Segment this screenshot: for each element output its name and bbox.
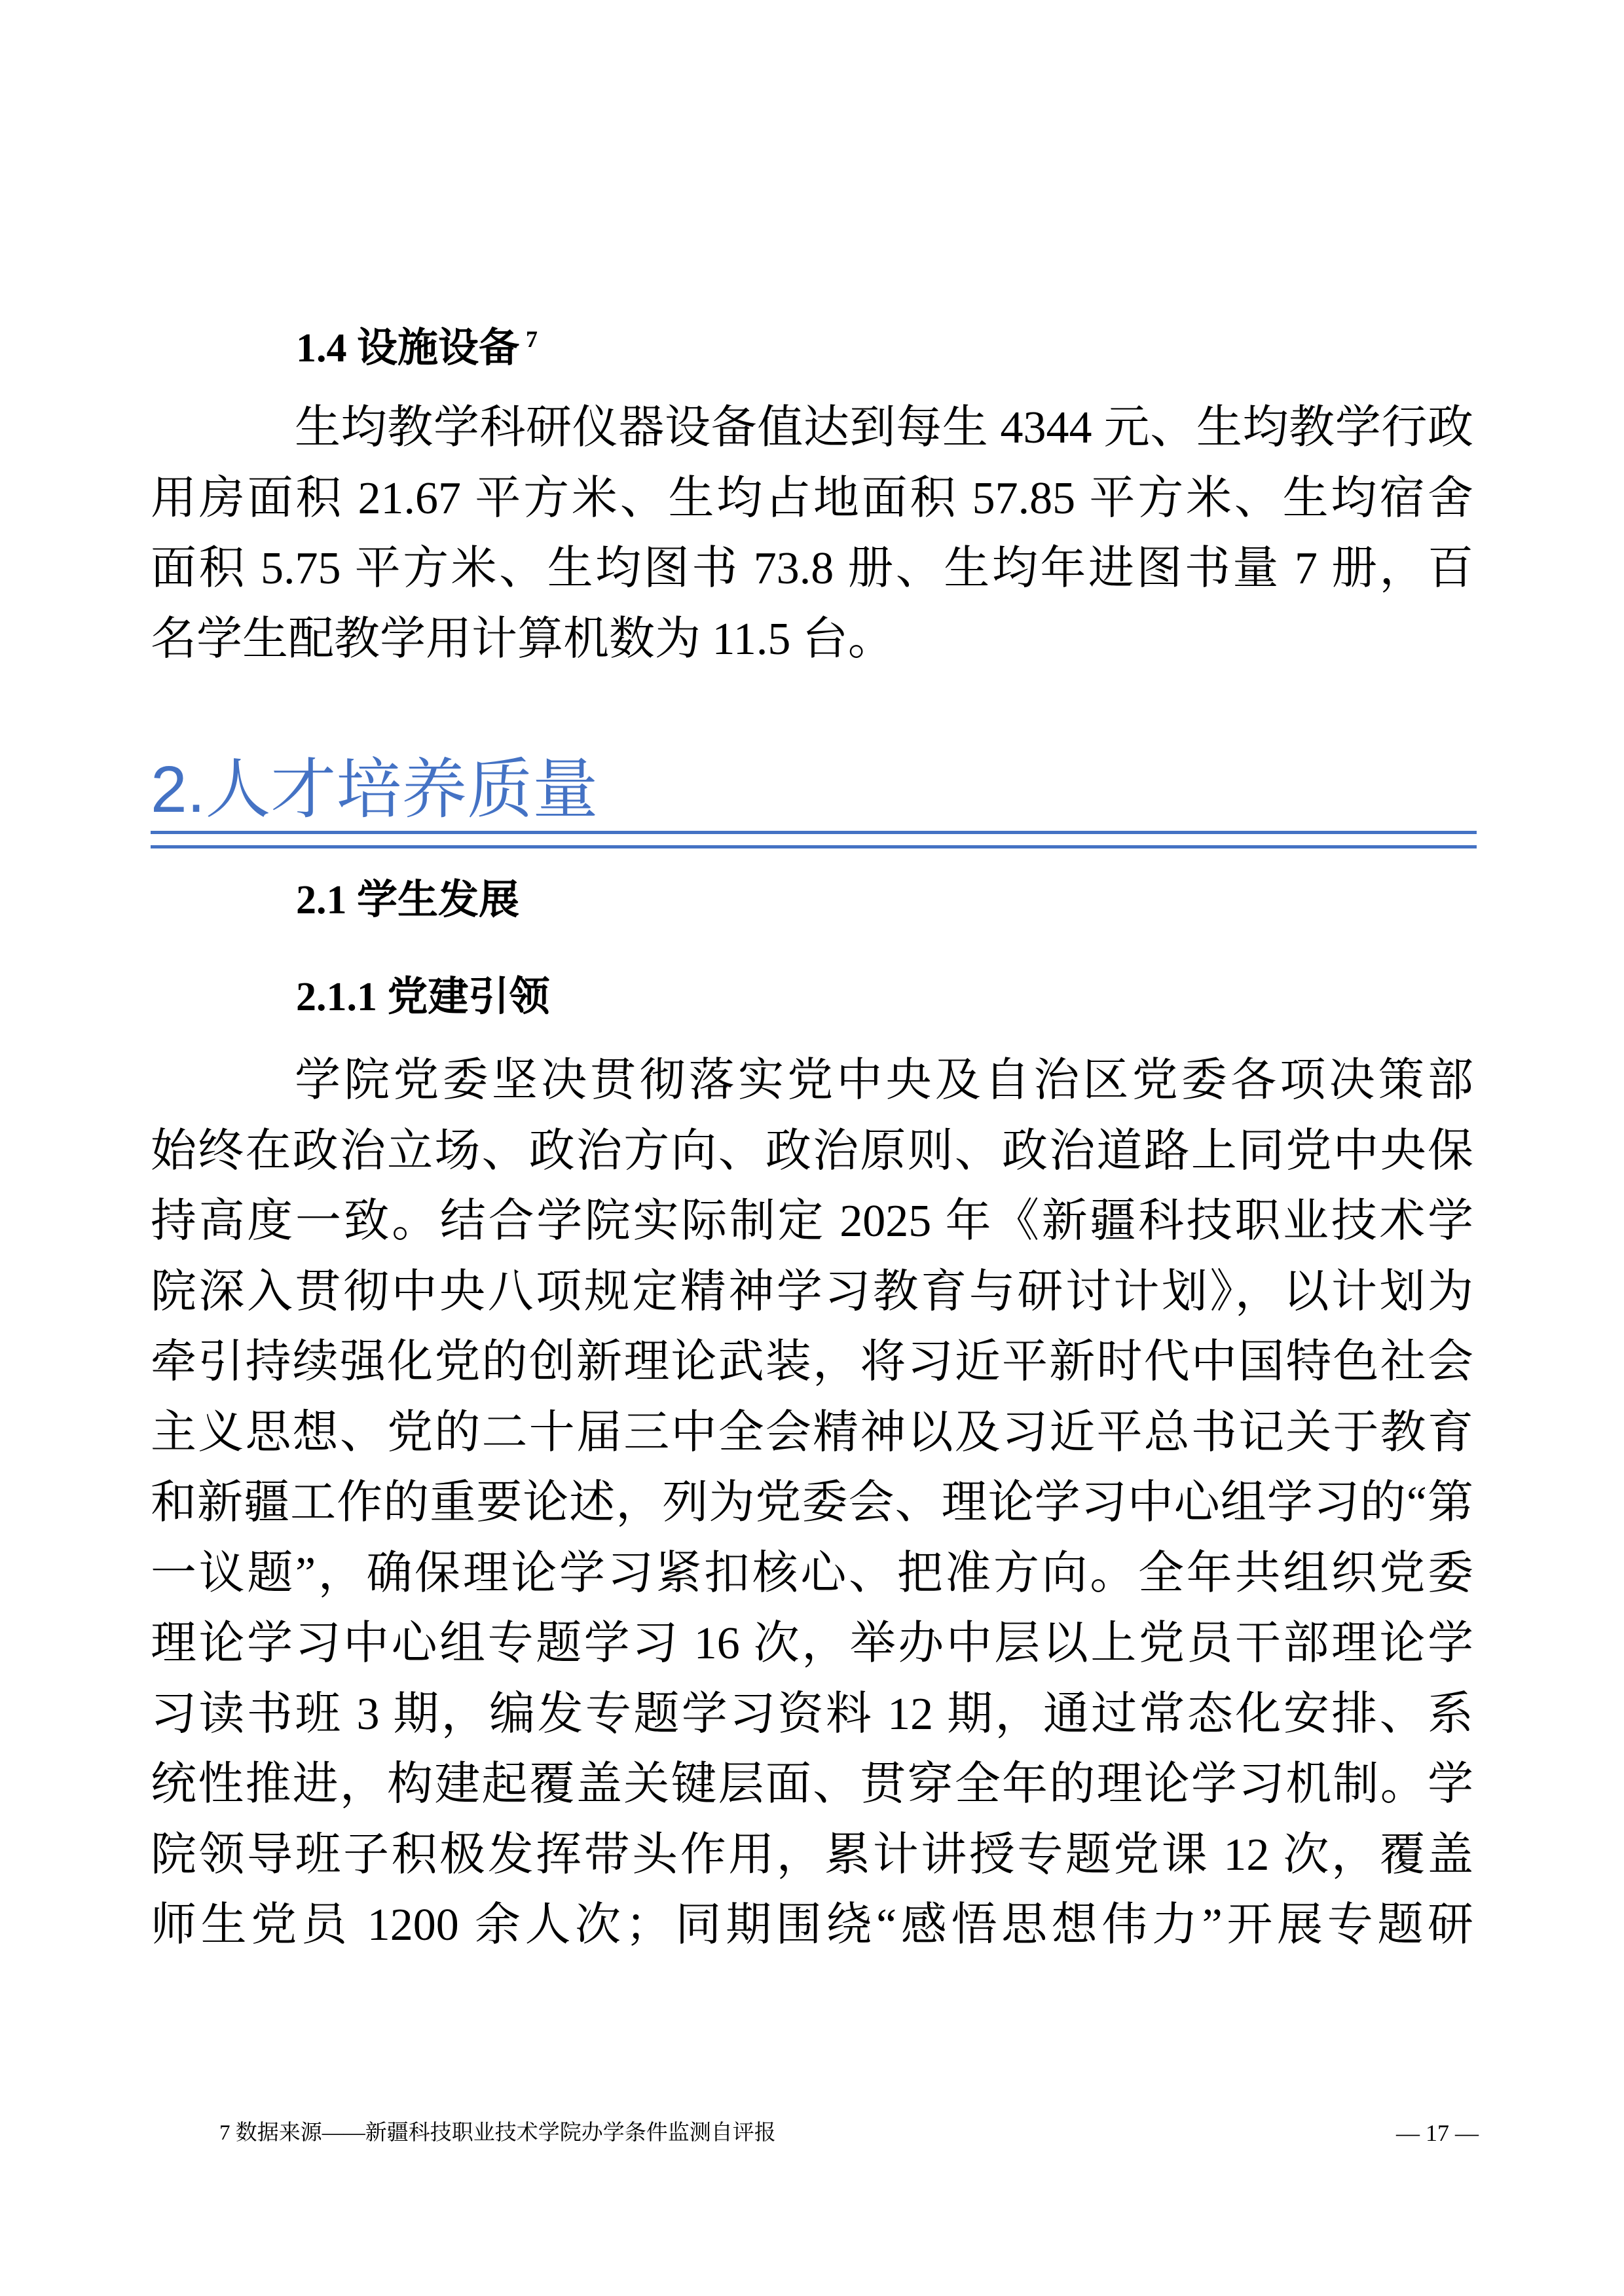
document-page: 1.4 设施设备7 生均教学科研仪器设备值达到每生 4344 元、生均教学行政用… xyxy=(0,0,1624,2296)
facilities-paragraph: 生均教学科研仪器设备值达到每生 4344 元、生均教学行政用房面积 21.67 … xyxy=(151,393,1473,674)
paragraph-line: 牵引持续强化党的创新理论武装，将习近平新时代中国特色社会 xyxy=(151,1327,1473,1398)
paragraph-line: 名学生配教学用计算机数为 11.5 台。 xyxy=(151,604,1473,675)
paragraph-line: 院深入贯彻中央八项规定精神学习教育与研讨计划》，以计划为 xyxy=(151,1257,1473,1328)
heading-party-building: 2.1.1 党建引领 xyxy=(296,974,550,1021)
paragraph-line: 用房面积 21.67 平方米、生均占地面积 57.85 平方米、生均宿舍 xyxy=(151,464,1473,534)
heading-facilities-text: 1.4 设施设备 xyxy=(296,326,519,371)
paragraph-line: 和新疆工作的重要论述，列为党委会、理论学习中心组学习的“第 xyxy=(151,1468,1473,1539)
paragraph-line: 统性推进，构建起覆盖关键层面、贯穿全年的理论学习机制。学 xyxy=(151,1749,1473,1820)
paragraph-line: 始终在政治立场、政治方向、政治原则、政治道路上同党中央保 xyxy=(151,1116,1473,1187)
chapter-heading-underline xyxy=(151,831,1477,848)
paragraph-line: 生均教学科研仪器设备值达到每生 4344 元、生均教学行政 xyxy=(151,393,1473,464)
heading-facilities: 1.4 设施设备7 xyxy=(296,325,538,372)
paragraph-line: 院领导班子积极发挥带头作用，累计讲授专题党课 12 次，覆盖 xyxy=(151,1820,1473,1891)
paragraph-line: 一议题”，确保理论学习紧扣核心、把准方向。全年共组织党委 xyxy=(151,1539,1473,1609)
paragraph-line: 面积 5.75 平方米、生均图书 73.8 册、生均年进图书量 7 册，百 xyxy=(151,534,1473,604)
footnote-marker: 7 xyxy=(526,326,538,352)
paragraph-line: 师生党员 1200 余人次；同期围绕“感悟思想伟力”开展专题研 xyxy=(151,1890,1473,1961)
paragraph-line: 主义思想、党的二十届三中全会精神以及习近平总书记关于教育 xyxy=(151,1398,1473,1468)
paragraph-line: 学院党委坚决贯彻落实党中央及自治区党委各项决策部署， xyxy=(151,1046,1473,1116)
paragraph-line: 习读书班 3 期，编发专题学习资料 12 期，通过常态化安排、系 xyxy=(151,1679,1473,1750)
paragraph-line: 持高度一致。结合学院实际制定 2025 年《新疆科技职业技术学 xyxy=(151,1186,1473,1257)
footer-footnote-text: 7 数据来源——新疆科技职业技术学院办学条件监测自评报 xyxy=(219,2119,776,2147)
footer-page-number: — 17 — xyxy=(1396,2118,1479,2149)
paragraph-line: 理论学习中心组专题学习 16 次，举办中层以上党员干部理论学 xyxy=(151,1609,1473,1679)
chapter-heading-talent-quality: 2.人才培养质量 xyxy=(151,753,1477,826)
party-building-paragraph: 学院党委坚决贯彻落实党中央及自治区党委各项决策部署，始终在政治立场、政治方向、政… xyxy=(151,1046,1473,1961)
heading-student-development: 2.1 学生发展 xyxy=(296,877,519,924)
